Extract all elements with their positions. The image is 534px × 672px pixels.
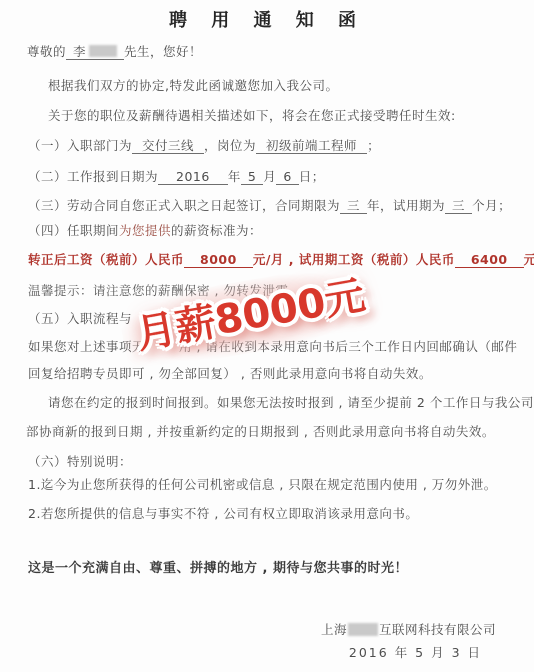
signature-date: 2016 年 5 月 3 日 (349, 643, 482, 661)
item-contract-term: （三）劳动合同自您正式入职之日起签订，合同期限为三年，试用期为三个月； (28, 196, 511, 214)
item1-suffix: ； (367, 138, 380, 153)
item3-prefix: （三）劳动合同自您正式入职之日起签订，合同期限为 (28, 198, 340, 213)
item4-suffix: 的薪资标准为： (171, 223, 262, 238)
offer-letter-document: 聘 用 通 知 函 尊敬的李先生，您好！ 根据我们双方的协定,特发此函诚邀您加入… (0, 0, 534, 672)
position-value: 初级前端工程师 (256, 138, 367, 154)
item3-mid: 年，试用期为 (367, 198, 445, 213)
salutation-suffix: 先生，您好！ (124, 44, 202, 59)
item-department-position: （一）入职部门为交付三线，岗位为初级前端工程师； (28, 136, 380, 154)
salary-mid: 元/月 , 试用期工资（税前）人民币 (253, 252, 455, 267)
redacted-name (89, 45, 117, 57)
special-note-1: 1.迄今为止您所获得的任何公司机密或信息 , 只限在规定范围内使用 , 万勿外泄… (28, 475, 497, 493)
item4-prefix: （四）任职期间 (28, 223, 119, 238)
item-salary-heading: （四）任职期间为您提供的薪资标准为： (28, 221, 262, 239)
recipient-name-field: 李 (66, 44, 124, 60)
department-value: 交付三线 (132, 138, 204, 154)
item4-highlight: 为您提供 (119, 223, 171, 238)
regular-salary-value: 8000 (184, 252, 253, 268)
salutation-prefix: 尊敬的 (27, 44, 66, 59)
contract-years-value: 三 (340, 198, 367, 214)
item1-prefix: （一）入职部门为 (28, 138, 132, 153)
company-name-suffix: 互联网科技有限公司 (379, 622, 496, 637)
item3-suffix: 个月； (472, 198, 511, 213)
item-onboarding-process: （五）入职流程与 (28, 309, 132, 327)
intro-paragraph-1: 根据我们双方的协定,特发此函诚邀您加入我公司。 (48, 76, 338, 94)
report-paragraph-line1: 请您在约定的报到时间报到。如果您无法按时报到 , 请至少提前 2 个工作日与我公… (48, 393, 534, 411)
year-label: 年 (228, 169, 241, 184)
intro-paragraph-2: 关于您的职位及薪酬待遇相关描述如下，将会在您正式接受聘任时生效: (48, 106, 456, 124)
salary-suffix: 元/月。 (524, 252, 534, 267)
report-month-value: 5 (241, 169, 263, 185)
day-label: 日； (299, 169, 325, 184)
report-year-value: 2016 (158, 169, 228, 185)
month-label: 月 (263, 169, 276, 184)
redacted-company-name (348, 623, 378, 636)
probation-salary-value: 6400 (455, 252, 524, 268)
item1-mid: ，岗位为 (204, 138, 256, 153)
item2-prefix: （二）工作报到日期为 (28, 169, 158, 184)
company-signature: 上海互联网科技有限公司 (321, 620, 496, 638)
report-day-value: 6 (276, 169, 298, 185)
salary-detail-line: 转正后工资（税前）人民币8000元/月 , 试用期工资（税前）人民币6400元/… (28, 250, 534, 268)
closing-statement: 这是一个充满自由、尊重、拼搏的地方 , 期待与您共事的时光！ (28, 557, 408, 576)
company-name-prefix: 上海 (321, 622, 347, 637)
confirm-instruction-line2: 回复给招聘专员即可 , 勿全部回复） , 否则此录用意向书将自动失效。 (28, 364, 432, 382)
report-paragraph-line2: 部协商新的报到日期 , 并按重新约定的日期报到 , 否则此录用意向书将自动失效。 (26, 422, 495, 440)
item-report-date: （二）工作报到日期为2016年5月6日； (28, 167, 325, 185)
item-special-notes: （六）特别说明： (28, 452, 132, 470)
salutation-line: 尊敬的李先生，您好！ (27, 42, 202, 60)
probation-months-value: 三 (445, 198, 472, 214)
recipient-surname: 李 (73, 44, 86, 59)
special-note-2: 2.若您所提供的信息与事实不符 , 公司有权立即取消该录用意向书。 (28, 504, 418, 522)
document-title: 聘 用 通 知 函 (0, 6, 534, 32)
salary-prefix: 转正后工资（税前）人民币 (28, 252, 184, 267)
